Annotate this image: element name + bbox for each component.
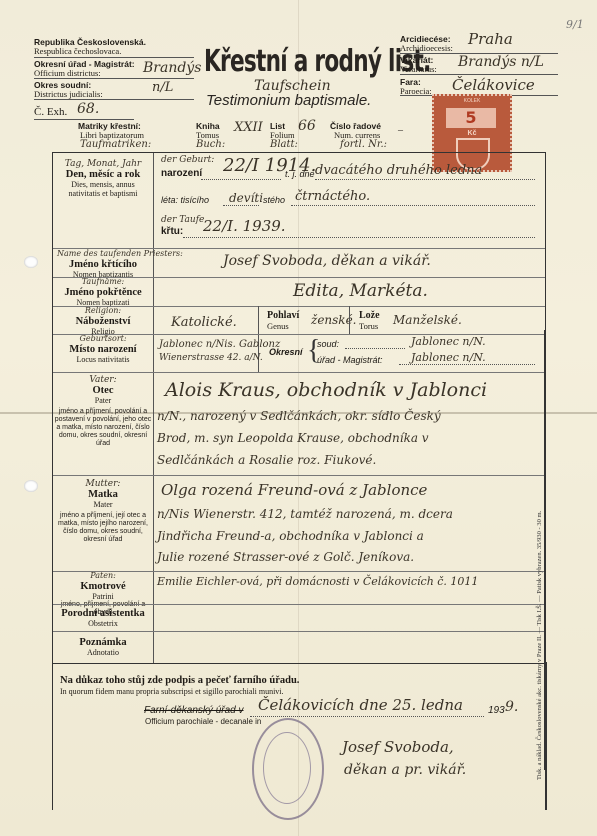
date-label-cell: Tag, Monat, Jahr Den, měsíc a rok Dies, … — [53, 159, 153, 198]
stamp-currency: Kč — [434, 130, 510, 137]
corner-note: 9/1 — [566, 18, 584, 31]
court-label: soud: — [317, 339, 339, 349]
midwife-latin: Obstetrix — [53, 619, 153, 628]
office-label: Farní-děkanský úřad v — [144, 705, 244, 716]
divider — [34, 119, 134, 120]
year-label-2: stého — [263, 195, 285, 205]
year-prefix: 193 — [488, 705, 505, 716]
court-value: Jablonec n/N. — [411, 335, 486, 348]
vicariate-value: Brandýs n/L — [458, 54, 544, 70]
godparents-latin: Patrini — [53, 592, 153, 601]
document-page: Republika Československá. Respublica čec… — [0, 0, 597, 836]
baptizer-label-cell: Name des taufenden Priesters: Jméno křtí… — [53, 249, 153, 279]
mother-latin: Mater — [53, 500, 153, 509]
exh-label: Č. Exh. — [34, 106, 67, 118]
folio-value: 66 — [298, 118, 316, 134]
godparents-value: Emilie Eichler-ová, při domácnosti v Čel… — [157, 575, 478, 588]
note-latin: Adnotatio — [53, 648, 153, 657]
baptizer-hw-note: Name des taufenden Priesters: — [53, 249, 153, 259]
father-line-1: Alois Kraus, obchodník v Jablonci — [165, 379, 487, 401]
signature-name: Josef Svoboda, — [342, 738, 454, 756]
mother-label: Matka — [53, 489, 153, 500]
date-hw-note: Tag, Monat, Jahr — [53, 159, 153, 169]
num-value: – — [398, 125, 403, 136]
baptism-hw: der Taufe — [161, 215, 204, 225]
godparents-label: Kmotrové — [53, 581, 153, 592]
stamp-value: 5 — [446, 108, 496, 128]
court-district-latin: Districtus judicialis: — [34, 90, 103, 99]
tj-label: t. j. dne — [285, 169, 315, 179]
district-office-latin: Officium districtus: — [34, 69, 101, 78]
father-row — [53, 372, 545, 373]
baptized-value: Edita, Markéta. — [293, 281, 428, 301]
archdiocese-value: Praha — [468, 30, 513, 48]
father-line-4: Sedlčánkách a Rosalie roz. Fiukové. — [157, 453, 376, 467]
office-latin: Officium parochiale - decanale in — [145, 717, 261, 726]
baptism-value: 22/I. 1939. — [203, 217, 286, 235]
birthplace-label-cell: Geburtsort: Místo narození Locus nativit… — [53, 334, 153, 364]
document-subtitle: Testimonium baptismale. — [206, 92, 371, 109]
district-office-value: Brandýs — [143, 60, 201, 76]
divider — [400, 74, 558, 75]
baptized-hw-note: Taufname: — [53, 277, 153, 287]
registry-books-hw: Taufmatriken: — [80, 139, 151, 150]
birthplace-hw-note: Geburtsort: — [53, 334, 153, 344]
date-label: Den, měsíc a rok — [53, 169, 153, 180]
birth-label: narození — [161, 169, 202, 178]
mother-line-2: n/Nis Wienerstr. 412, tamtéž narozená, m… — [157, 507, 453, 521]
punch-hole — [24, 480, 38, 492]
mother-line-3: Jindřicha Freund-a, obchodníka v Jablonc… — [157, 529, 424, 543]
republic-latin: Respublica čechoslovaca. — [34, 47, 121, 56]
office-label: úřad - Magistrát: — [317, 355, 383, 365]
divider — [34, 78, 194, 79]
mother-desc: jméno a příjmení, její otec a matka, mís… — [53, 512, 153, 544]
vicariate-latin: Vicariatus: — [400, 65, 437, 74]
record-table: Tag, Monat, Jahr Den, měsíc a rok Dies, … — [52, 152, 546, 664]
note-label: Poznámka — [53, 637, 153, 648]
okresni-label: Okresní — [269, 347, 303, 357]
father-hw-note: Vater: — [53, 375, 153, 385]
birthplace-value-1: Jablonec n/Nis. Gablonz — [159, 339, 280, 350]
divider — [34, 57, 194, 58]
document-title: Křestní a rodný list. — [204, 44, 431, 79]
date-latin: Dies, mensis, annus nativitatis et bapti… — [53, 180, 153, 198]
bed-value: Manželské. — [393, 313, 462, 327]
proof-statement: Na důkaz toho stůj zde podpis a pečeť fa… — [60, 676, 299, 685]
right-border-bar — [544, 330, 546, 770]
parish-seal — [252, 718, 324, 820]
father-line-3: Brod, m. syn Leopolda Krause, obchodníka… — [157, 431, 429, 445]
parish-value: Čelákovice — [452, 76, 535, 94]
year-label: léta: tisícího — [161, 195, 209, 205]
tj-value: dvacátého druhého ledna — [315, 163, 482, 178]
religion-label: Náboženství — [53, 316, 153, 327]
printer-imprint: Tisk. a náklad. Československé akc. tisk… — [536, 511, 543, 780]
birthplace-latin: Locus nativitatis — [53, 355, 153, 364]
father-line-2: n/N., narozený v Sedlčánkách, okr. sídlo… — [157, 409, 441, 423]
religion-value: Katolické. — [171, 315, 237, 330]
exh-value: 68. — [77, 101, 99, 117]
note-label-cell: Poznámka Adnotatio — [53, 637, 153, 657]
year-value-1: devíti — [229, 191, 263, 205]
punch-hole — [24, 256, 38, 268]
folio-hw: Blatt: — [270, 139, 298, 150]
archdiocese-latin: Archidioecesis: — [400, 44, 453, 53]
sex-label: Pohlaví — [267, 311, 299, 320]
mother-line-1: Olga rozená Freund-ová z Jablonce — [161, 481, 427, 499]
baptism-label: křtu: — [161, 227, 183, 236]
birthplace-value-2: Wienerstrasse 42. a/N. — [159, 353, 263, 363]
num-hw: fortl. Nr.: — [340, 139, 387, 150]
volume-hw: Buch: — [196, 139, 225, 150]
father-desc: jméno a příjmení, povolání a postavení v… — [53, 408, 153, 448]
bed-latin: Torus — [359, 322, 378, 331]
father-latin: Pater — [53, 396, 153, 405]
court-district-value: n/L — [152, 80, 173, 95]
stamp-top-text: KOLEK — [434, 98, 510, 104]
proof-latin: In quorum fidem manu propria subscripsi … — [60, 687, 284, 696]
baptizer-value: Josef Svoboda, děkan a vikář. — [223, 253, 431, 269]
midwife-label: Porodní asistentka — [53, 608, 153, 619]
note-row — [53, 631, 545, 632]
religion-hw-note: Religion: — [53, 306, 153, 316]
office-value: Jablonec n/N. — [411, 351, 486, 364]
baptized-label: Jméno pokřtěnce — [53, 287, 153, 298]
seal-inner-ring — [263, 732, 311, 804]
birth-hw: der Geburt: — [161, 155, 214, 165]
year-suffix: 9. — [505, 699, 518, 715]
divider — [34, 99, 194, 100]
midwife-row — [53, 604, 545, 605]
birthplace-label: Místo narození — [53, 344, 153, 355]
mother-label-cell: Mutter: Matka Mater jméno a příjmení, je… — [53, 479, 153, 544]
mother-row — [53, 475, 545, 476]
sex-latin: Genus — [267, 322, 289, 331]
mother-line-4: Julie rozené Strasser-ové z Golč. Jeníko… — [157, 550, 414, 564]
godparents-hw-note: Paten: — [53, 571, 153, 581]
midwife-label-cell: Porodní asistentka Obstetrix — [53, 608, 153, 628]
father-label-cell: Vater: Otec Pater jméno a příjmení, povo… — [53, 375, 153, 448]
year-value-2: čtrnáctého. — [295, 189, 370, 204]
baptizer-label: Jméno křtícího — [53, 259, 153, 270]
father-label: Otec — [53, 385, 153, 396]
bed-label: Lože — [359, 311, 380, 320]
signature-title: děkan a pr. vikář. — [344, 762, 466, 778]
mother-hw-note: Mutter: — [53, 479, 153, 489]
office-place-date: Čelákovicích dne 25. ledna — [258, 696, 463, 714]
religion-label-cell: Religion: Náboženství Religio — [53, 306, 153, 336]
volume-value: XXII — [234, 120, 263, 135]
baptized-label-cell: Taufname: Jméno pokřtěnce Nomen baptizat… — [53, 277, 153, 307]
